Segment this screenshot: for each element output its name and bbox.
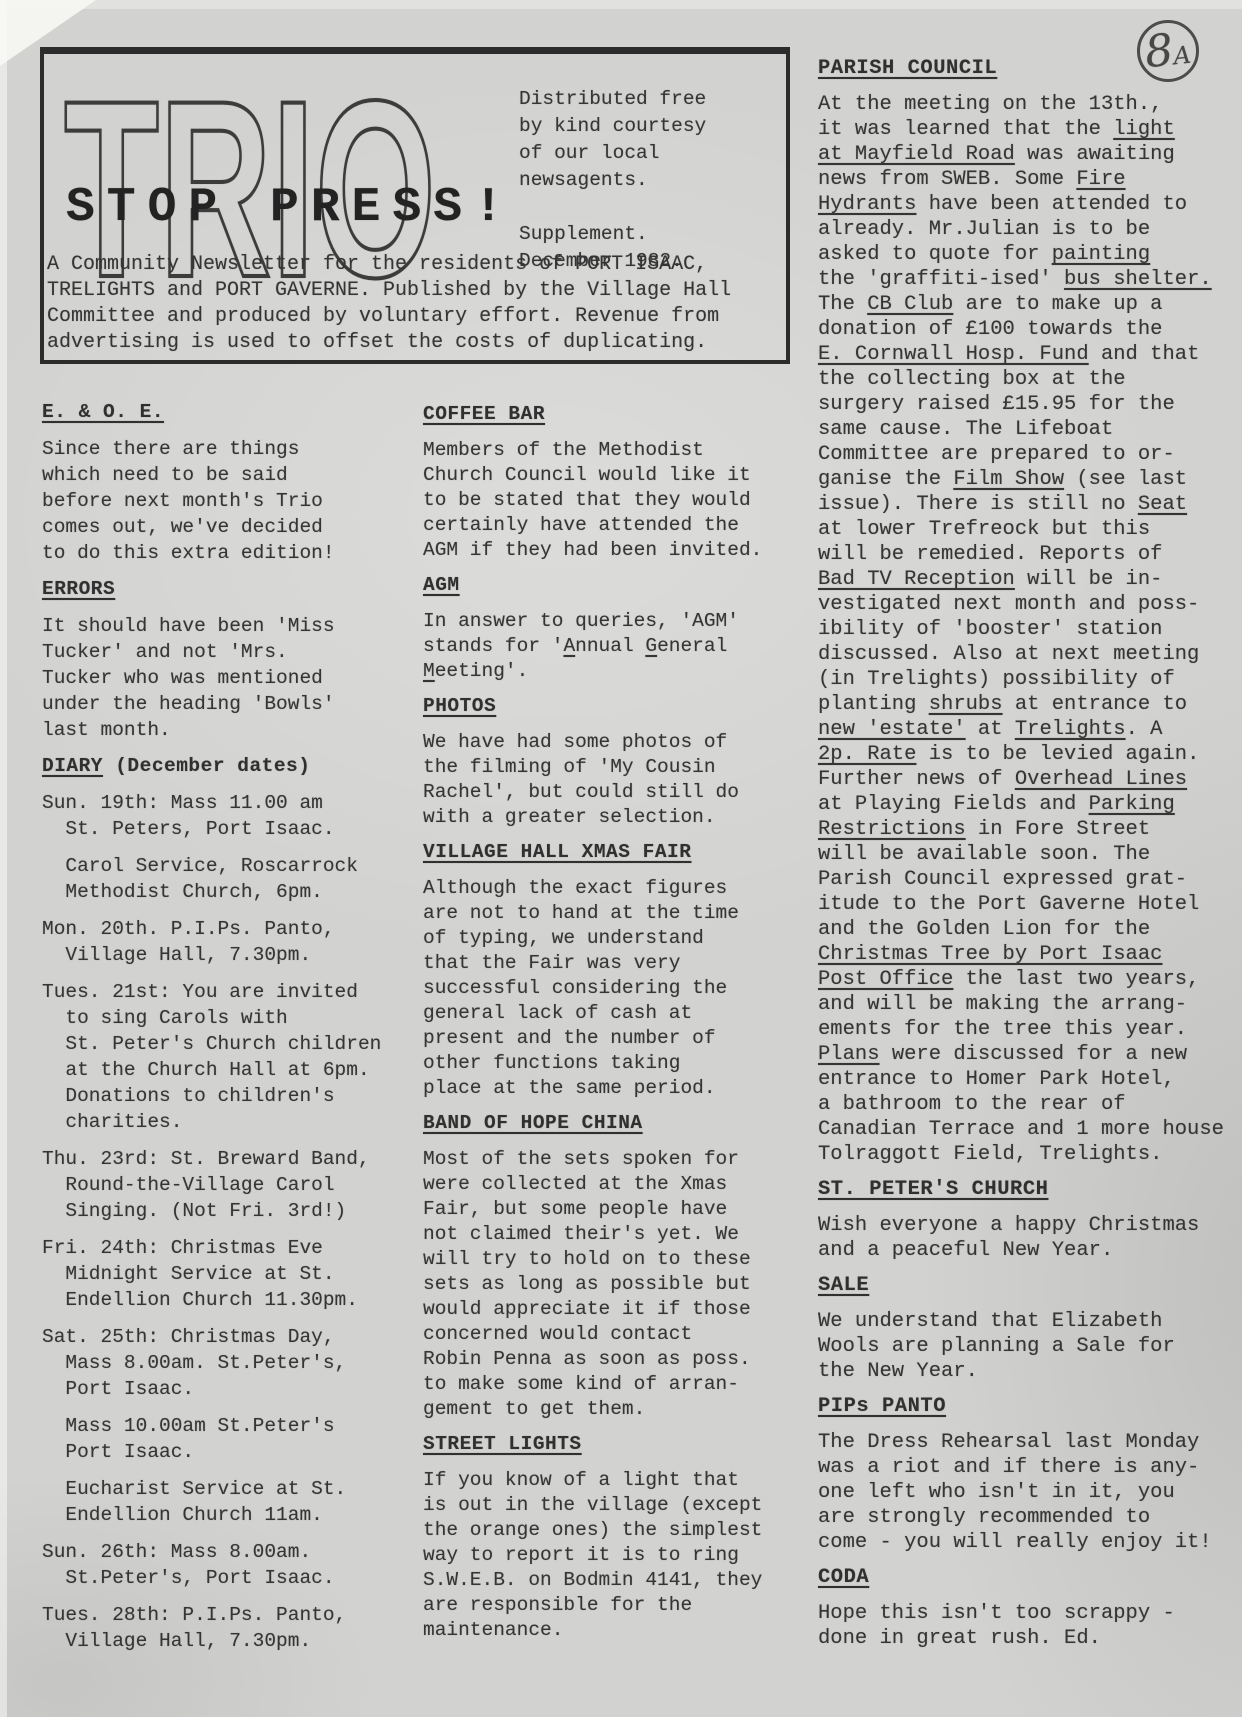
heading-e-and-o-e: E. & O. E. <box>42 399 397 425</box>
paragraph: In answer to queries, 'AGM' stands for '… <box>423 609 768 684</box>
paper-edge-left <box>0 0 7 1717</box>
stop-press-overlay: STOP PRESS! <box>66 182 515 234</box>
paragraph: At the meeting on the 13th., it was lear… <box>818 92 1236 1167</box>
paragraph: Sat. 25th: Christmas Day, Mass 8.00am. S… <box>42 1324 397 1402</box>
section-errors: ERRORSIt should have been 'Miss Tucker' … <box>42 576 397 743</box>
column-left: E. & O. E.Since there are things which n… <box>42 399 397 1664</box>
heading-photos: PHOTOS <box>423 694 768 719</box>
section-coffee-bar: COFFEE BARMembers of the Methodist Churc… <box>423 402 768 563</box>
section-st-peters-church: ST. PETER'S CHURCHWish everyone a happy … <box>818 1177 1236 1263</box>
heading-st-peters-church: ST. PETER'S CHURCH <box>818 1177 1236 1202</box>
heading-village-hall-xmas-fair: VILLAGE HALL XMAS FAIR <box>423 840 768 865</box>
section-coda: CODAHope this isn't too scrappy - done i… <box>818 1565 1236 1651</box>
paragraph: If you know of a light that is out in th… <box>423 1468 768 1643</box>
section-street-lights: STREET LIGHTSIf you know of a light that… <box>423 1432 768 1643</box>
heading-agm: AGM <box>423 573 768 598</box>
section-diary: DIARY (December dates)Sun. 19th: Mass 11… <box>42 753 397 1654</box>
heading-diary: DIARY (December dates) <box>42 753 397 779</box>
paragraph: Hope this isn't too scrappy - done in gr… <box>818 1601 1236 1651</box>
heading-pips-panto: PIPs PANTO <box>818 1394 1236 1419</box>
paragraph: It should have been 'Miss Tucker' and no… <box>42 613 397 743</box>
column-right: PARISH COUNCILAt the meeting on the 13th… <box>818 56 1236 1661</box>
paper-edge-top <box>0 0 1242 9</box>
paragraph: We have had some photos of the filming o… <box>423 730 768 830</box>
paragraph: Wish everyone a happy Christmas and a pe… <box>818 1213 1236 1263</box>
paragraph: Most of the sets spoken for were collect… <box>423 1147 768 1422</box>
section-agm: AGMIn answer to queries, 'AGM' stands fo… <box>423 573 768 684</box>
section-sale: SALEWe understand that Elizabeth Wools a… <box>818 1273 1236 1384</box>
masthead: TRIO STOP PRESS! Distributed free by kin… <box>40 47 790 364</box>
heading-coffee-bar: COFFEE BAR <box>423 402 768 427</box>
paragraph: Eucharist Service at St. Endellion Churc… <box>42 1476 397 1528</box>
section-band-of-hope-china: BAND OF HOPE CHINAMost of the sets spoke… <box>423 1111 768 1422</box>
paragraph: Mass 10.00am St.Peter's Port Isaac. <box>42 1413 397 1465</box>
newsletter-page: 8A TRIO STOP PRESS! Distributed free by … <box>0 0 1242 1717</box>
newsletter-description: A Community Newsletter for the residents… <box>47 252 731 356</box>
heading-sale: SALE <box>818 1273 1236 1298</box>
paragraph: The Dress Rehearsal last Monday was a ri… <box>818 1430 1236 1555</box>
section-pips-panto: PIPs PANTOThe Dress Rehearsal last Monda… <box>818 1394 1236 1555</box>
heading-coda: CODA <box>818 1565 1236 1590</box>
paragraph: Although the exact figures are not to ha… <box>423 876 768 1101</box>
section-e-and-o-e: E. & O. E.Since there are things which n… <box>42 399 397 566</box>
section-parish-council: PARISH COUNCILAt the meeting on the 13th… <box>818 56 1236 1167</box>
heading-parish-council: PARISH COUNCIL <box>818 56 1236 81</box>
column-middle: COFFEE BARMembers of the Methodist Churc… <box>423 402 768 1653</box>
section-photos: PHOTOSWe have had some photos of the fil… <box>423 694 768 830</box>
paragraph: Since there are things which need to be … <box>42 436 397 566</box>
paragraph: Tues. 21st: You are invited to sing Caro… <box>42 979 397 1135</box>
heading-street-lights: STREET LIGHTS <box>423 1432 768 1457</box>
paragraph: Tues. 28th: P.I.Ps. Panto, Village Hall,… <box>42 1602 397 1654</box>
distribution-note: Distributed free by kind courtesy of our… <box>519 86 706 275</box>
paragraph: Thu. 23rd: St. Breward Band, Round-the-V… <box>42 1146 397 1224</box>
paragraph: Sun. 19th: Mass 11.00 am St. Peters, Por… <box>42 790 397 842</box>
paragraph: Carol Service, Roscarrock Methodist Chur… <box>42 853 397 905</box>
paragraph: Fri. 24th: Christmas Eve Midnight Servic… <box>42 1235 397 1313</box>
section-village-hall-xmas-fair: VILLAGE HALL XMAS FAIRAlthough the exact… <box>423 840 768 1101</box>
heading-errors: ERRORS <box>42 576 397 602</box>
paragraph: Mon. 20th. P.I.Ps. Panto, Village Hall, … <box>42 916 397 968</box>
paragraph: We understand that Elizabeth Wools are p… <box>818 1309 1236 1384</box>
paragraph: Members of the Methodist Church Council … <box>423 438 768 563</box>
heading-band-of-hope-china: BAND OF HOPE CHINA <box>423 1111 768 1136</box>
paragraph: Sun. 26th: Mass 8.00am. St.Peter's, Port… <box>42 1539 397 1591</box>
